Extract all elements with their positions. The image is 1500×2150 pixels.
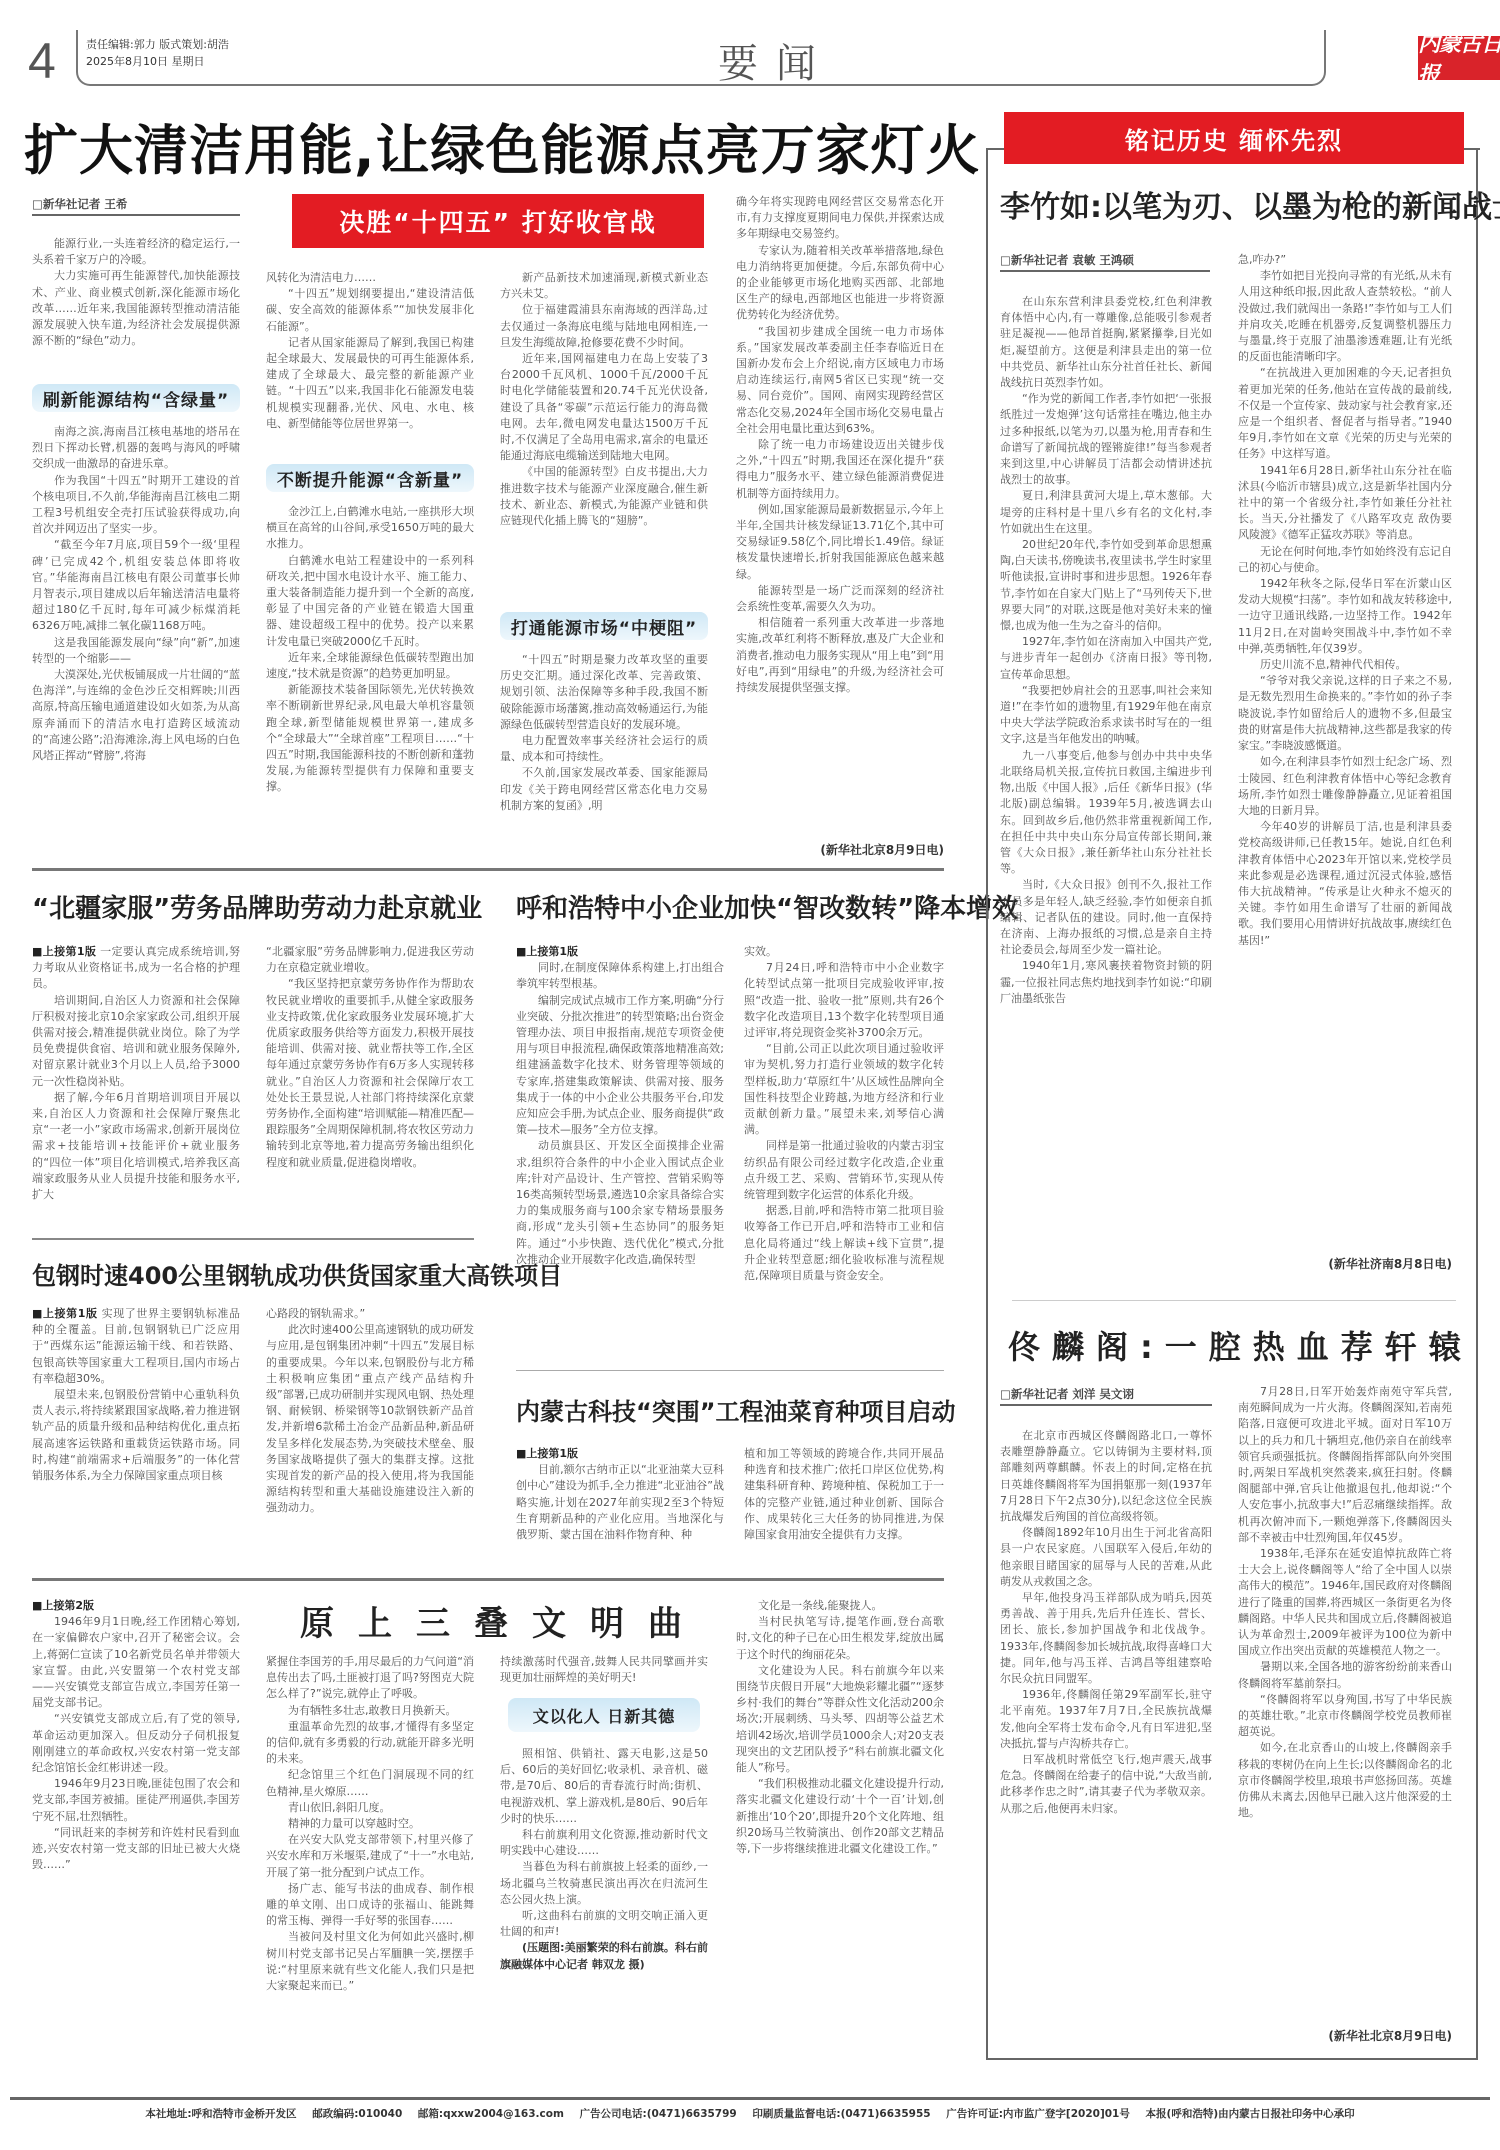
sidebar-article1-col1: 在山东东营利津县委党校,红色利津教育体悟中心内,有一尊雕像,总能吸引参观者驻足凝… (1000, 294, 1212, 1274)
steel-col2: 心路段的钢轨需求。” 此次时速400公里高速钢轨的成功研发与应用,是包钢集团冲刺… (266, 1306, 474, 1570)
footer: 本社地址:呼和浩特市金桥开发区 邮政编码:010040 邮箱:qxxw2004@… (0, 2106, 1500, 2121)
issue-date: 2025年8月10日 星期日 (86, 53, 229, 70)
footer-ad-license: 广告许可证:内市监广登字[2020]01号 (946, 2108, 1130, 2120)
paragraph: 科右前旗利用文化资源,推动新时代文明实践中心建设…… (500, 1827, 708, 1859)
paragraph: 1941年6月28日,新华社山东分社在临沭县(今临沂市辖县)成立,这是新华社国内… (1238, 463, 1452, 544)
paragraph: 同样是第一批通过验收的内蒙古羽宝纺织品有限公司经过数字化改造,企业重点升级工艺、… (744, 1138, 944, 1203)
steel-col1: ■上接第1版 实现了世界主要钢轨标准品种的全覆盖。目前,包钢钢轨已广泛应用于“西… (32, 1306, 240, 1570)
paragraph: 文化是一条线,能聚拢人。 (736, 1598, 944, 1614)
continued-marker: ■上接第1版 (516, 944, 724, 960)
sme-headline: 呼和浩特中小企业加快“智改数转”降本增效 (516, 888, 1018, 925)
sidebar-banner: 铭记历史 缅怀先烈 (1004, 112, 1464, 164)
labor-col2: “北疆家服”劳务品牌影响力,促进我区劳动力在京稳定就业增收。 “我区坚持把京蒙劳… (266, 944, 474, 1212)
paragraph: 记者从国家能源局了解到,我国已构建起全球最大、发展最快的可再生能源体系,建成了全… (266, 335, 474, 430)
divider (1012, 1300, 1456, 1301)
culture-col2: 紧握住李国芳的手,用尽最后的力气问道“消息传出去了吗,土匪被打退了吗?努图克大院… (266, 1654, 474, 2088)
paragraph: 电力配置效率事关经济社会运行的质量、成本和可持续性。 (500, 733, 708, 765)
footer-printer: 本报(呼和浩特)由内蒙古日报社印务中心承印 (1146, 2108, 1355, 2120)
lead-col3-body: “十四五”时期是聚力改革攻坚的重要历史交汇期。通过深化改革、完善政策、规划引领、… (500, 652, 708, 862)
paragraph: 新产品新技术加速涌现,新模式新业态方兴未艾。 (500, 270, 708, 302)
lead-dateline: (新华社北京8月9日电) (736, 842, 944, 860)
footer-ad-phone: 广告公司电话:(0471)6635799 (580, 2108, 737, 2120)
paragraph: 暑期以来,全国各地的游客纷纷前来香山佟麟阁将军墓前祭扫。 (1238, 1659, 1452, 1691)
paragraph: 大漠深处,光伏板铺展成一片壮阔的“蓝色海洋”,与连绵的金色沙丘交相辉映;川西高原… (32, 667, 240, 764)
paragraph: “北疆家服”劳务品牌影响力,促进我区劳动力在京稳定就业增收。 (266, 944, 474, 976)
paragraph: 日军战机时常低空飞行,炮声震天,战事危急。佟麟阁在给妻子的信中说,“大敌当前,此… (1000, 1752, 1212, 1817)
paragraph: “我区坚持把京蒙劳务协作作为帮助农牧民就业增收的重要抓手,从健全家政服务业支持政… (266, 976, 474, 1170)
paragraph: 7月24日,呼和浩特市中小企业数字化转型试点第一批项目完成验收评审,按照“改造一… (744, 960, 944, 1041)
continued-marker: ■上接第2版 (32, 1598, 240, 1614)
subhead-new: 不断提升能源“含新量” (266, 464, 474, 492)
series-banner: 决胜“十四五” 打好收官战 (292, 194, 704, 248)
paragraph: 在山东东营利津县委党校,红色利津教育体悟中心内,有一尊雕像,总能吸引参观者驻足凝… (1000, 294, 1212, 391)
lead-byline: □新华社记者 王希 (32, 196, 240, 216)
footer-email: 邮箱:qxxw2004@163.com (418, 2108, 564, 2120)
paragraph: 风转化为清洁电力…… (266, 270, 474, 286)
sme-col2: 实效。 7月24日,呼和浩特市中小企业数字化转型试点第一批项目完成验收评审,按照… (744, 944, 944, 1364)
masthead-frame (76, 30, 1326, 86)
rapeseed-col2: 植和加工等领域的跨境合作,共同开展品种选育和技术推广;依托口岸区位优势,构建集科… (744, 1446, 944, 1574)
paragraph: 不久前,国家发展改革委、国家能源局印发《关于跨电网经营区常态化电力交易机制方案的… (500, 765, 708, 814)
culture-col3-top: 持续激荡时代强音,鼓舞人民共同擘画并实现更加壮丽辉煌的美好明天! (500, 1654, 708, 1694)
paragraph: 李竹如把目光投向寻常的有光纸,从未有人用这种纸印报,因此敌人查禁较松。“前人没做… (1238, 268, 1452, 365)
paragraph: 例如,国家能源局最新数据显示,今年上半年,全国共计核发绿证13.71亿个,其中可… (736, 502, 944, 583)
paragraph: “十四五”规划纲要提出,“建设清洁低碳、安全高效的能源体系”“加快发展非化石能源… (266, 286, 474, 335)
paragraph: 近年来,国网福建电力在岛上安装了3台2000千瓦风机、1000千瓦/2000千瓦… (500, 351, 708, 464)
paragraph: 1927年,李竹如在济南加入中国共产党,与进步青年一起创办《济南日报》等刊物,宣… (1000, 634, 1212, 683)
sidebar-article1-byline: □新华社记者 袁敏 王鸿硕 (1000, 252, 1210, 272)
paragraph: 无论在何时何地,李竹如始终没有忘记自己的初心与使命。 (1238, 544, 1452, 576)
photo-credit: (压题图:美丽繁荣的科右前旗。科右前旗融媒体中心记者 韩双龙 摄) (500, 1940, 708, 1972)
paragraph: 南海之滨,海南昌江核电基地的塔吊在烈日下挥动长臂,机器的轰鸣与海风的呼啸交织成一… (32, 424, 240, 473)
paragraph: 除了统一电力市场建设迈出关键步伐之外,“十四五”时期,我国还在深化提升“获得电力… (736, 437, 944, 502)
culture-col1: ■上接第2版 1946年9月1日晚,经工作团精心筹划,在一家偏僻农户家中,召开了… (32, 1598, 240, 2088)
sidebar-article2-byline: □新华社记者 刘洋 吴文诩 (1000, 1386, 1212, 1406)
paragraph: 当时,《大众日报》创刊不久,报社工作人员多是年轻人,缺乏经验,李竹如便亲自抓编辑… (1000, 877, 1212, 958)
paragraph: 能源转型是一场广泛而深刻的经济社会系统性变革,需要久久为功。 (736, 583, 944, 615)
section-divider (32, 1578, 944, 1581)
paragraph: 1940年1月,寒风裹挟着物资封锁的阴霾,一位报社同志焦灼地找到李竹如说:“印刷… (1000, 958, 1212, 1007)
labor-headline: “北疆家服”劳务品牌助劳动力赴京就业 (32, 888, 482, 925)
paragraph: “我要把妙肩社会的丑恶事,叫社会来知道!”在李竹如的遗物里,有1929年他在南京… (1000, 683, 1212, 748)
paragraph: 位于福建霞浦县东南海域的西洋岛,过去仅通过一条海底电缆与陆地电网相连,一旦发生海… (500, 302, 708, 351)
section-name: 要闻 (718, 32, 834, 89)
paragraph: 重温革命先烈的故事,才懂得有多坚定的信仰,就有多勇毅的行动,就能开辟多光明的未来… (266, 1719, 474, 1768)
steel-headline: 包钢时速400公里钢轨成功供货国家重大高铁项目 (32, 1256, 562, 1291)
sidebar-article2-col1: 在北京市西城区佟麟阁路北口,一尊怀表雕塑静静矗立。它以铸铜为主要材料,顶部雕刻两… (1000, 1428, 1212, 2048)
sidebar-article2-dateline: (新华社北京8月9日电) (1238, 2028, 1452, 2046)
paragraph: 这是我国能源发展向“绿”向“新”,加速转型的一个缩影—— (32, 635, 240, 667)
paragraph: 大力实施可再生能源替代,加快能源技术、产业、商业模式创新,深化能源市场化改革……… (32, 268, 240, 349)
section-divider (32, 868, 944, 871)
paragraph: 今年40岁的讲解员丁洁,也是利津县委党校高级讲师,已任教15年。她说,自红色利津… (1238, 819, 1452, 949)
continued-marker: ■上接第1版 (516, 1446, 724, 1462)
paragraph: 植和加工等领域的跨境合作,共同开展品种选育和技术推广;依托口岸区位优势,构建集科… (744, 1446, 944, 1543)
paragraph: “我国初步建成全国统一电力市场体系。”国家发展改革委副主任李春临近日在国新办发布… (736, 324, 944, 437)
paragraph: 为有牺牲多壮志,敢教日月换新天。 (266, 1703, 474, 1719)
paragraph: 佟麟阁1892年10月出生于河北省高阳县一户农民家庭。八国联军入侵后,年幼的他亲… (1000, 1525, 1212, 1590)
paragraph: 扬广志、能写书法的曲成春、制作根雕的单文刚、出口成诗的张福山、能跳舞的常玉梅、弹… (266, 1881, 474, 1930)
paragraph: 能源行业,一头连着经济的稳定运行,一头系着千家万户的冷暖。 (32, 236, 240, 268)
paragraph: 同时,在制度保障体系构建上,打出组合拳筑牢转型根基。 (516, 960, 724, 992)
paragraph: 据了解,今年6月首期培训项目开展以来,自治区人力资源和社会保障厅聚焦北京“一老一… (32, 1090, 240, 1203)
paragraph: “兴安镇党支部成立后,有了党的领导,革命运动更加深入。但反动分子伺机报复刚刚建立… (32, 1711, 240, 1776)
footer-postcode: 邮政编码:010040 (312, 2108, 402, 2120)
sidebar-article2-headline: 佟麟阁:一腔热血荐轩辕 (1008, 1322, 1473, 1368)
paragraph: 精神的力量可以穿越时空。 (266, 1816, 474, 1832)
rapeseed-col1: ■上接第1版 目前,额尔古纳市正以“北亚油菜大豆科创中心”建设为抓手,全力推进“… (516, 1446, 724, 1574)
paragraph: 文化建设为人民。科右前旗今年以来围绕节庆假日开展“大地焕彩耀北疆”“逐梦乡村·我… (736, 1663, 944, 1776)
paragraph: 培训期间,自治区人力资源和社会保障厅积极对接北京10余家家政公司,组织开展供需对… (32, 993, 240, 1090)
paragraph: 展望未来,包钢股份营销中心重轨科负责人表示,将持续紧跟国家战略,着力推进钢轨产品… (32, 1387, 240, 1484)
paragraph: 持续激荡时代强音,鼓舞人民共同擘画并实现更加壮丽辉煌的美好明天! (500, 1654, 708, 1686)
paragraph: “佟麟阁将军以身殉国,书写了中华民族的英雄壮歌。”北京市佟麟阁学校党员教师崔超英… (1238, 1692, 1452, 1741)
paragraph: 动员旗县区、开发区全面摸排企业需求,组织符合条件的中小企业入围试点企业库;针对产… (516, 1138, 724, 1268)
paragraph: 7月28日,日军开始轰炸南苑守军兵营,南苑瞬间成为一片火海。佟麟阁深知,若南苑陷… (1238, 1384, 1452, 1546)
lead-col2-top: 风转化为清洁电力…… “十四五”规划纲要提出,“建设清洁低碳、安全高效的能源体系… (266, 270, 474, 430)
paragraph: 在兴安大队党支部带领下,村里兴修了兴安水库和万米堰渠,建成了“十一”水电站,开展… (266, 1832, 474, 1881)
paragraph: 如今,在北京香山的山坡上,佟麟阁亲手移栽的枣树仍在向上生长;以佟麟阁命名的北京市… (1238, 1740, 1452, 1821)
editor-credit: 责任编辑:郭力 版式策划:胡浩 (86, 36, 229, 53)
lead-col4: 确今年将实现跨电网经营区交易常态化开市,有力支撑度夏期间电力保供,并探索达成多年… (736, 194, 944, 844)
paragraph: 历史川流不息,精神代代相传。 (1238, 657, 1452, 673)
subhead-market: 打通能源市场“中梗阻” (500, 612, 708, 640)
masthead-meta: 责任编辑:郭力 版式策划:胡浩 2025年8月10日 星期日 (86, 36, 229, 70)
paragraph: 作为我国“十四五”时期开工建设的首个核电项目,不久前,华能海南昌江核电二期工程3… (32, 473, 240, 538)
continued-marker: ■上接第1版 (32, 1307, 98, 1320)
paragraph: “我们积极推动北疆文化建设提升行动,落实北疆文化建设行动‘十个一百’计划,创新推… (736, 1776, 944, 1857)
paragraph: “在抗战进入更加困难的今天,记者担负着更加光荣的任务,他站在宣传战的最前线,不仅… (1238, 365, 1452, 462)
paragraph: 心路段的钢轨需求。” (266, 1306, 474, 1322)
paragraph: 在北京市西城区佟麟阁路北口,一尊怀表雕塑静静矗立。它以铸铜为主要材料,顶部雕刻两… (1000, 1428, 1212, 1525)
subhead-green: 刷新能源结构“含绿量” (32, 384, 240, 412)
rapeseed-headline: 内蒙古科技“突围”工程油菜育种项目启动 (516, 1392, 956, 1427)
footer-rule (10, 2097, 1490, 2100)
paragraph: 九一八事变后,他参与创办中共中央华北联络局机关报,宣传抗日救国,主编进步刊物,出… (1000, 748, 1212, 878)
paragraph: 《中国的能源转型》白皮书提出,大力推进数字技术与能源产业深度融合,催生新技术、新… (500, 464, 708, 529)
sidebar-article2-col2: 7月28日,日军开始轰炸南苑守军兵营,南苑瞬间成为一片火海。佟麟阁深知,若南苑陷… (1238, 1384, 1452, 2024)
sidebar-article1-headline: 李竹如:以笔为刃、以墨为枪的新闻战士 (1000, 182, 1500, 226)
paragraph: 新能源技术装备国际领先,光伏转换效率不断刷新世界纪录,风电最大单机容量领跑全球,… (266, 682, 474, 795)
paragraph: 1946年9月23日晚,匪徒包围了农会和党支部,李国芳被捕。匪徒严刑逼供,李国芳… (32, 1776, 240, 1825)
paragraph: 专家认为,随着相关改革举措落地,绿色电力消纳将更加便捷。今后,东部负荷中心的企业… (736, 243, 944, 324)
lead-col3-top: 新产品新技术加速涌现,新模式新业态方兴未艾。 位于福建霞浦县东南海域的西洋岛,过… (500, 270, 708, 610)
paragraph: 当暮色为科右前旗披上轻柔的面纱,一场北疆乌兰牧骑惠民演出再次在归流河生态公园火热… (500, 1859, 708, 1908)
paragraph: 照相馆、供销社、露天电影,这是50后、60后的美好回忆;收录机、录音机、磁带,是… (500, 1746, 708, 1827)
divider (32, 1238, 474, 1240)
paragraph: “十四五”时期是聚力改革攻坚的重要历史交汇期。通过深化改革、完善政策、规划引领、… (500, 652, 708, 733)
lead-col2-body: 金沙江上,白鹤滩水电站,一座拱形大坝横亘在高耸的山谷间,承受1650万吨的最大水… (266, 504, 474, 862)
paragraph: 如今,在利津县李竹如烈士纪念广场、烈士陵园、红色利津教育体悟中心等纪念教育场所,… (1238, 754, 1452, 819)
paragraph: “目前,公司正以此次项目通过验收评审为契机,努力打造行业领域的数字化转型样板,助… (744, 1041, 944, 1138)
lead-col1-intro: 能源行业,一头连着经济的稳定运行,一头系着千家万户的冷暖。 大力实施可再生能源替… (32, 236, 240, 382)
paragraph: 夏日,利津县黄河大堤上,草木葱郁。大堤旁的庄科村是十里八乡有名的文化村,李竹如就… (1000, 488, 1212, 537)
newspaper-logo: 内蒙古日报 (1418, 36, 1500, 80)
culture-col3: 照相馆、供销社、露天电影,这是50后、60后的美好回忆;收录机、录音机、磁带,是… (500, 1746, 708, 2088)
paragraph: 1936年,佟麟阁任第29军副军长,驻守北平南苑。1937年7月7日,全民族抗战… (1000, 1687, 1212, 1752)
sidebar-article1-dateline: (新华社济南8月8日电) (1238, 1256, 1452, 1274)
paragraph: 白鹤滩水电站工程建设中的一系列科研攻关,把中国水电设计水平、施工能力、重大装备制… (266, 553, 474, 650)
continued-marker: ■上接第1版 (32, 945, 96, 958)
lead-headline: 扩大清洁用能,让绿色能源点亮万家灯火 (24, 108, 981, 185)
lead-col1-body: 南海之滨,海南昌江核电基地的塔吊在烈日下挥动长臂,机器的轰鸣与海风的呼啸交织成一… (32, 424, 240, 864)
paragraph: 实效。 (744, 944, 944, 960)
paragraph: 1942年秋冬之际,侵华日军在沂蒙山区发动大规模“扫荡”。李竹如和战友转移途中,… (1238, 576, 1452, 657)
paragraph: 编制完成试点城市工作方案,明确“分行业突破、分批次推进”的转型策略;出台资金管理… (516, 993, 724, 1139)
paragraph: 当被问及村里文化为何如此兴盛时,柳树川村党支部书记吴占军腼腆一笑,摆摆手说:“村… (266, 1929, 474, 1994)
paragraph: “同讯赶来的李树芳和许姓村民看到血迹,兴安农村第一党支部的旧址已被大火烧毁……” (32, 1825, 240, 1874)
footer-print-phone: 印刷质量监督电话:(0471)6635955 (752, 2108, 930, 2120)
page-number: 4 (28, 32, 56, 90)
divider (516, 1370, 944, 1371)
paragraph: 早年,他投身冯玉祥部队成为哨兵,因英勇善战、善于用兵,先后升任连长、营长、团长、… (1000, 1590, 1212, 1687)
sme-col1: ■上接第1版 同时,在制度保障体系构建上,打出组合拳筑牢转型根基。 编制完成试点… (516, 944, 724, 1364)
paragraph: 急,咋办?” (1238, 252, 1452, 268)
paragraph: 目前,额尔古纳市正以“北亚油菜大豆科创中心”建设为抓手,全力推进“北亚油谷”战略… (516, 1462, 724, 1543)
paragraph: 1946年9月1日晚,经工作团精心筹划,在一家偏僻农户家中,召开了秘密会议。会上… (32, 1614, 240, 1711)
paragraph: 近年来,全球能源绿色低碳转型跑出加速度,“技术就是资源”的趋势更加明显。 (266, 650, 474, 682)
paragraph: “爷爷对我父亲说,这样的日子来之不易,是无数先烈用生命换来的。”李竹如的孙子李晓… (1238, 673, 1452, 754)
footer-address: 本社地址:呼和浩特市金桥开发区 (145, 2108, 296, 2120)
paragraph: 相信随着一系列重大改革进一步落地实施,改革红利将不断释放,惠及广大企业和消费者,… (736, 615, 944, 696)
labor-col1: ■上接第1版 一定要认真完成系统培训,努力考取从业资格证书,成为一名合格的护理员… (32, 944, 240, 1212)
paragraph: “作为党的新闻工作者,李竹如把‘一张报纸胜过一发炮弹’这句话常挂在嘴边,他主办过… (1000, 391, 1212, 488)
culture-col4: 文化是一条线,能聚拢人。 当村民执笔写诗,提笔作画,登台高歌时,文化的种子已在心… (736, 1598, 944, 2088)
culture-subhead: 文以化人 日新其德 (508, 1698, 700, 1732)
paragraph: 纪念馆里三个红色门洞展现不同的红色精神,星火燎原…… (266, 1767, 474, 1799)
paragraph: 听,这曲科右前旗的文明交响正涌入更壮阔的和声! (500, 1908, 708, 1940)
paragraph: 当村民执笔写诗,提笔作画,登台高歌时,文化的种子已在心田生根发芽,绽放出属于这个… (736, 1614, 944, 1663)
paragraph: 20世纪20年代,李竹如受到革命思想熏陶,白天读书,傍晚读书,夜里读书,学生时家… (1000, 537, 1212, 634)
paragraph: 据悉,目前,呼和浩特市第二批项目验收筹备工作已开启,呼和浩特市工业和信息化局将通… (744, 1203, 944, 1284)
paragraph: 1938年,毛泽东在延安追悼抗敌阵亡将士大会上,说佟麟阁等人“给了全中国人以崇高… (1238, 1546, 1452, 1659)
masthead: 4 责任编辑:郭力 版式策划:胡浩 2025年8月10日 星期日 要闻 (28, 30, 1418, 90)
paragraph: 金沙江上,白鹤滩水电站,一座拱形大坝横亘在高耸的山谷间,承受1650万吨的最大水… (266, 504, 474, 553)
paragraph: 紧握住李国芳的手,用尽最后的力气问道“消息传出去了吗,土匪被打退了吗?努图克大院… (266, 1654, 474, 1703)
paragraph: 青山依旧,斜阳几度。 (266, 1800, 474, 1816)
paragraph: 确今年将实现跨电网经营区交易常态化开市,有力支撑度夏期间电力保供,并探索达成多年… (736, 194, 944, 243)
sidebar-article1-col2: 急,咋办?” 李竹如把目光投向寻常的有光纸,从未有人用这种纸印报,因此敌人查禁较… (1238, 252, 1452, 1254)
paragraph: 此次时速400公里高速钢轨的成功研发与应用,是包钢集团冲刺“十四五”发展目标的重… (266, 1322, 474, 1516)
paragraph: “截至今年7月底,项目59个一级‘里程碑’已完成42个,机组安装总体即将收官。”… (32, 537, 240, 634)
culture-headline: 原上三叠文明曲 (300, 1596, 706, 1645)
